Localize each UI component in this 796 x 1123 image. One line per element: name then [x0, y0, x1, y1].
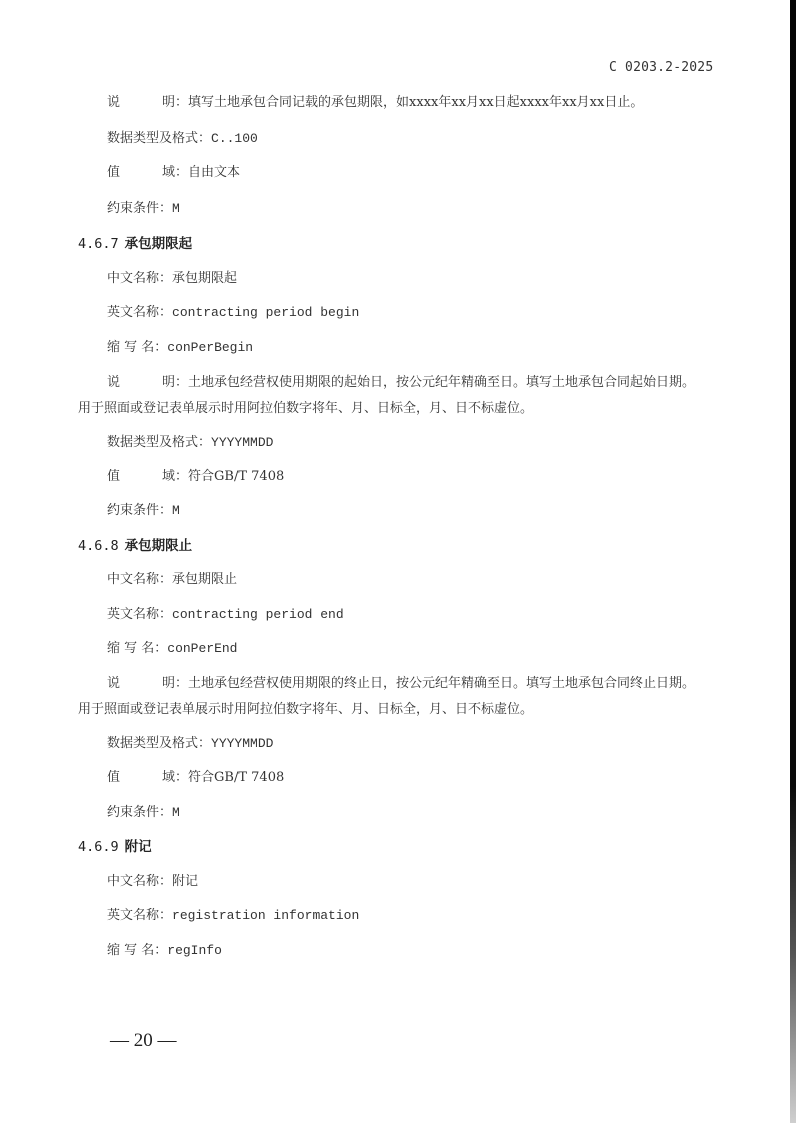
cn-name-row: 中文名称：承包期限起	[107, 271, 237, 287]
intro-description: 说明：填写土地承包合同记载的承包期限，如xxxx年xx月xx日起xxxx年xx月…	[107, 95, 643, 111]
description-line-1: 说明：土地承包经营权使用期限的起始日，按公元纪年精确至日。填写土地承包合同起始日…	[107, 375, 695, 391]
datatype-row: 数据类型及格式：YYYYMMDD	[107, 736, 273, 752]
cn-name-row: 中文名称：承包期限止	[107, 572, 237, 588]
intro-datatype: 数据类型及格式：C..100	[107, 131, 258, 147]
section-heading-4-6-7: 4.6.7承包期限起	[78, 236, 192, 252]
scan-edge	[790, 0, 796, 1123]
constraint-row: 约束条件：M	[107, 503, 180, 519]
datatype-row: 数据类型及格式：YYYYMMDD	[107, 435, 273, 451]
document-code: C 0203.2-2025	[609, 60, 713, 75]
en-name-row: 英文名称：contracting period begin	[107, 305, 359, 321]
domain-row: 值域：符合GB/T 7408	[107, 770, 284, 786]
en-name-row: 英文名称：registration information	[107, 908, 359, 924]
label: 说明：	[107, 95, 188, 110]
page-number: — 20 —	[110, 1030, 177, 1052]
en-name-row: 英文名称：contracting period end	[107, 607, 344, 623]
domain-row: 值域：符合GB/T 7408	[107, 469, 284, 485]
intro-constraint: 约束条件：M	[107, 201, 180, 217]
cn-name-row: 中文名称：附记	[107, 874, 198, 890]
abbr-row: 缩 写 名：regInfo	[107, 943, 222, 959]
description-line-1: 说明：土地承包经营权使用期限的终止日，按公元纪年精确至日。填写土地承包合同终止日…	[107, 676, 695, 692]
section-heading-4-6-9: 4.6.9附记	[78, 839, 152, 855]
section-heading-4-6-8: 4.6.8承包期限止	[78, 538, 192, 554]
constraint-row: 约束条件：M	[107, 805, 180, 821]
description-line-2: 用于照面或登记表单展示时用阿拉伯数字将年、月、日标全，月、日不标虚位。	[78, 702, 533, 718]
abbr-row: 缩 写 名：conPerEnd	[107, 641, 237, 657]
intro-domain: 值域：自由文本	[107, 165, 240, 181]
abbr-row: 缩 写 名：conPerBegin	[107, 340, 253, 356]
description-line-2: 用于照面或登记表单展示时用阿拉伯数字将年、月、日标全，月、日不标虚位。	[78, 401, 533, 417]
